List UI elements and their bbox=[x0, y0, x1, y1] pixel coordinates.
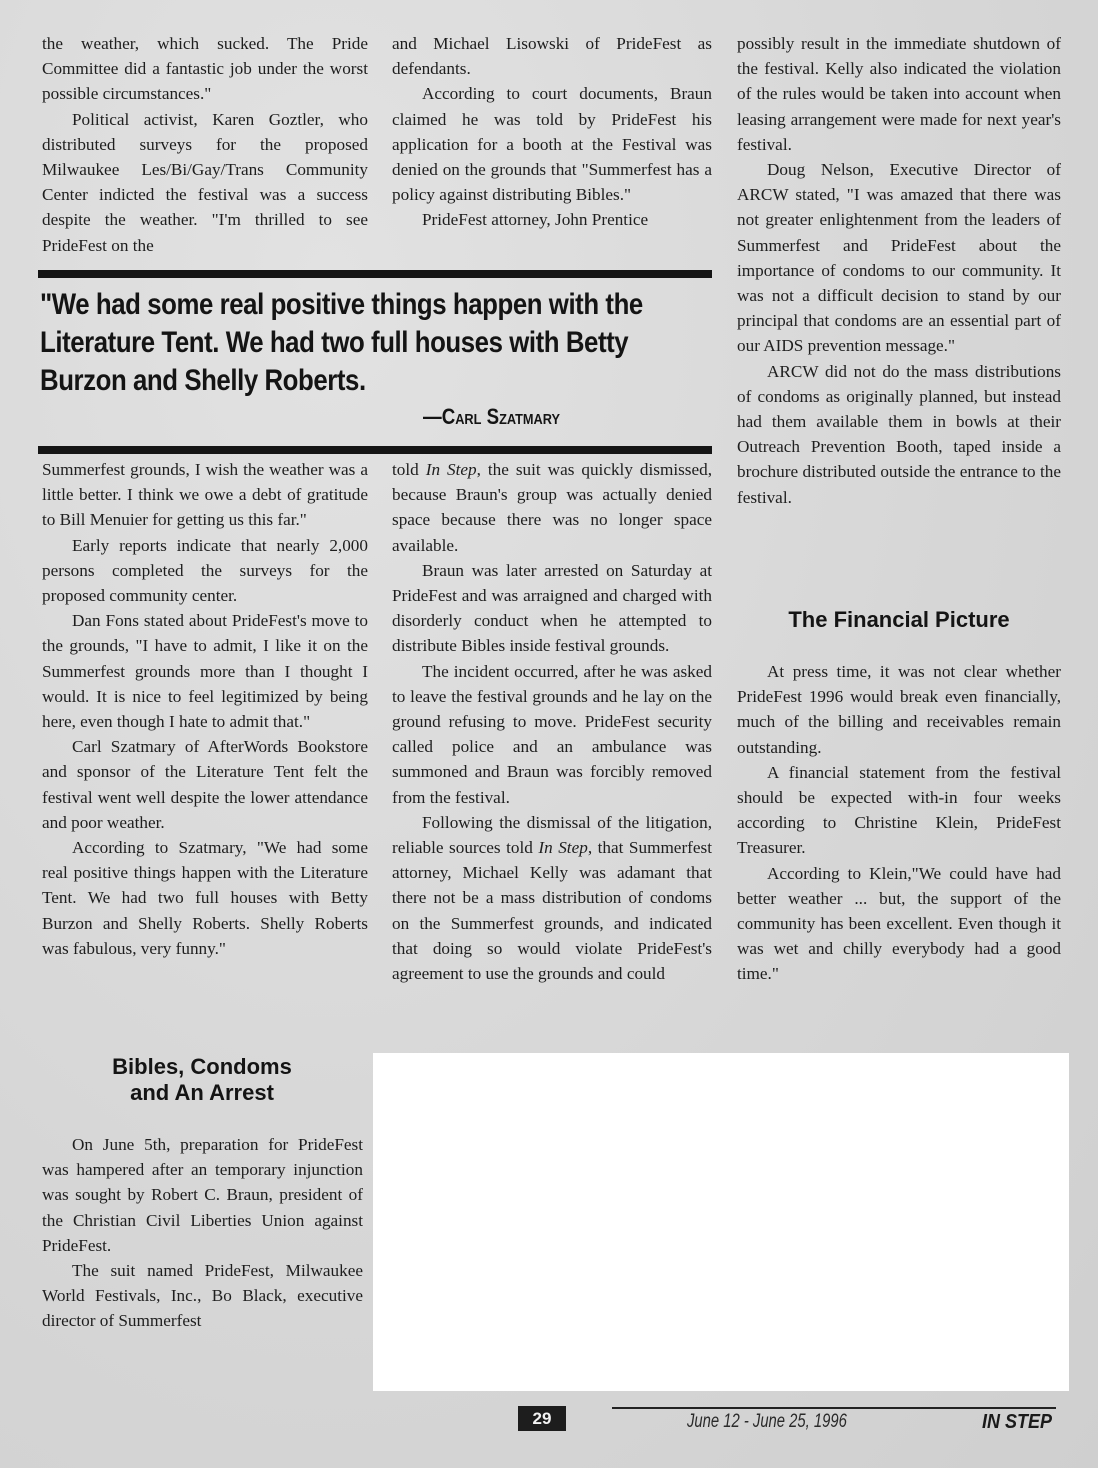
publication-name: In Step bbox=[538, 838, 587, 857]
paragraph: Doug Nelson, Executive Director of ARCW … bbox=[737, 157, 1061, 359]
pullquote-text: "We had some real positive things happen… bbox=[40, 286, 711, 400]
subhead-financial-picture: The Financial Picture bbox=[737, 607, 1061, 633]
article-column-1-top: the weather, which sucked. The Pride Com… bbox=[42, 31, 368, 258]
paragraph: Carl Szatmary of AfterWords Bookstore an… bbox=[42, 734, 368, 835]
pullquote-attribution: —Carl Szatmary bbox=[423, 404, 560, 430]
paragraph: possibly result in the immediate shutdow… bbox=[737, 31, 1061, 157]
issue-date: June 12 - June 25, 1996 bbox=[687, 1411, 847, 1433]
article-column-2-middle: told In Step, the suit was quickly dismi… bbox=[392, 457, 712, 986]
article-column-3: possibly result in the immediate shutdow… bbox=[737, 31, 1061, 510]
paragraph: Following the dismissal of the litigatio… bbox=[392, 810, 712, 986]
paragraph: At press time, it was not clear whether … bbox=[737, 659, 1061, 760]
paragraph: ARCW did not do the mass distributions o… bbox=[737, 359, 1061, 510]
paragraph: According to Szatmary, "We had some real… bbox=[42, 835, 368, 961]
paragraph: Political activist, Karen Goztler, who d… bbox=[42, 107, 368, 258]
paragraph: Early reports indicate that nearly 2,000… bbox=[42, 533, 368, 609]
pullquote-rule-top bbox=[38, 270, 712, 278]
subhead-bibles-condoms-arrest: Bibles, Condoms and An Arrest bbox=[42, 1054, 362, 1106]
page-number: 29 bbox=[518, 1406, 566, 1431]
article-column-1-middle: Summerfest grounds, I wish the weather w… bbox=[42, 457, 368, 961]
publication-name: In Step bbox=[426, 460, 477, 479]
paragraph: Dan Fons stated about PrideFest's move t… bbox=[42, 608, 368, 734]
pullquote-rule-bottom bbox=[38, 446, 712, 454]
paragraph: On June 5th, preparation for PrideFest w… bbox=[42, 1132, 363, 1258]
article-column-2-top: and Michael Lisowski of PrideFest as def… bbox=[392, 31, 712, 233]
paragraph: Braun was later arrested on Saturday at … bbox=[392, 558, 712, 659]
paragraph: The suit named PrideFest, Milwaukee Worl… bbox=[42, 1258, 363, 1334]
image-placeholder bbox=[373, 1053, 1069, 1391]
paragraph: A financial statement from the festival … bbox=[737, 760, 1061, 861]
paragraph: The incident occurred, after he was aske… bbox=[392, 659, 712, 810]
article-column-3-financial: At press time, it was not clear whether … bbox=[737, 659, 1061, 987]
publication-logo: IN STEP bbox=[982, 1411, 1052, 1434]
paragraph: PrideFest attorney, John Prentice bbox=[392, 207, 712, 232]
article-column-1-bottom: On June 5th, preparation for PrideFest w… bbox=[42, 1132, 363, 1334]
footer-rule bbox=[612, 1407, 1056, 1409]
paragraph: According to court documents, Braun clai… bbox=[392, 81, 712, 207]
paragraph: Summerfest grounds, I wish the weather w… bbox=[42, 457, 368, 533]
paragraph: and Michael Lisowski of PrideFest as def… bbox=[392, 31, 712, 81]
paragraph: the weather, which sucked. The Pride Com… bbox=[42, 31, 368, 107]
paragraph: told In Step, the suit was quickly dismi… bbox=[392, 457, 712, 558]
paragraph: According to Klein,"We could have had be… bbox=[737, 861, 1061, 987]
